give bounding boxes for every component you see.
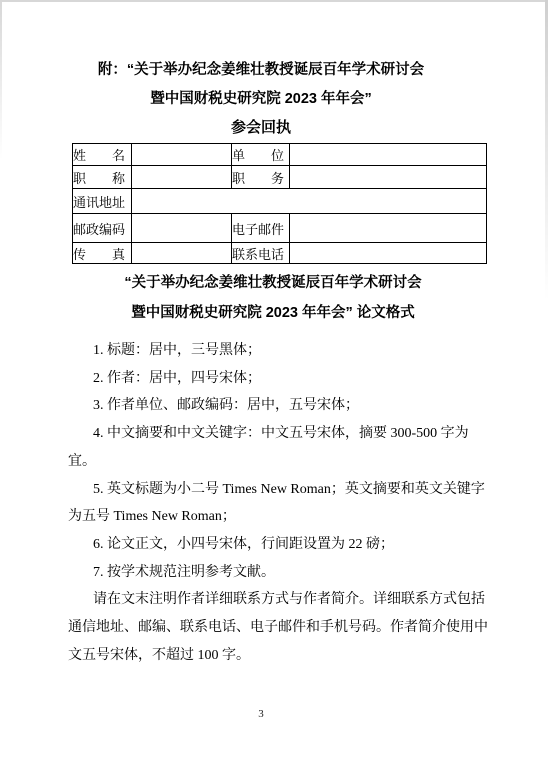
format-item-5-line2: 为五号 Times New Roman； — [68, 503, 456, 531]
name-label-cell: 姓名 — [73, 144, 132, 166]
format-item-3: 3. 作者单位、邮政编码：居中，五号宋体； — [68, 392, 456, 420]
professional-title-label: 职称 — [73, 168, 125, 187]
position-label-cell: 职务 — [232, 166, 290, 189]
professional-title-input-cell[interactable] — [132, 166, 232, 189]
closing-paragraph-line3: 文五号宋体，不超过 100 字。 — [68, 642, 456, 670]
table-row: 邮政编码 电子邮件 — [73, 214, 487, 243]
position-label: 职务 — [232, 168, 284, 187]
page-top-edge — [0, 0, 548, 2]
professional-title-label-cell: 职称 — [73, 166, 132, 189]
reply-form-table: 姓名 单位 职称 职务 通讯地址 邮政编码 电子邮件 — [72, 143, 487, 264]
format-item-4-line2: 宜。 — [68, 448, 456, 476]
paper-format-title-line2: 暨中国财税史研究院 2023 年年会” 论文格式 — [80, 303, 466, 323]
postal-code-label-cell: 邮政编码 — [73, 214, 132, 243]
table-row: 职称 职务 — [73, 166, 487, 189]
format-item-7: 7. 按学术规范注明参考文献。 — [68, 559, 456, 587]
format-item-2: 2. 作者：居中，四号宋体； — [68, 365, 456, 393]
document-page: 附：“关于举办纪念姜维壮教授诞辰百年学术研讨会 暨中国财税史研究院 2023 年… — [0, 0, 548, 779]
attachment-title-line1: 附：“关于举办纪念姜维壮教授诞辰百年学术研讨会 — [68, 60, 454, 80]
postal-code-input-cell[interactable] — [132, 214, 232, 243]
table-row: 通讯地址 — [73, 189, 487, 214]
table-row: 传真 联系电话 — [73, 243, 487, 264]
email-input-cell[interactable] — [290, 214, 487, 243]
mailing-address-input-cell[interactable] — [132, 189, 487, 214]
position-input-cell[interactable] — [290, 166, 487, 189]
paper-format-title-line1: “关于举办纪念姜维壮教授诞辰百年学术研讨会 — [80, 273, 466, 293]
email-label-cell: 电子邮件 — [232, 214, 290, 243]
postal-code-label: 邮政编码 — [73, 219, 125, 238]
closing-paragraph-line2: 通信地址、邮编、联系电话、电子邮件和手机号码。作者简介使用中 — [68, 614, 456, 642]
name-label: 姓名 — [73, 145, 125, 164]
page-left-edge — [0, 0, 2, 160]
email-label: 电子邮件 — [232, 219, 284, 238]
organization-input-cell[interactable] — [290, 144, 487, 166]
organization-label: 单位 — [232, 145, 284, 164]
fax-label-cell: 传真 — [73, 243, 132, 264]
organization-label-cell: 单位 — [232, 144, 290, 166]
closing-paragraph: 请在文末注明作者详细联系方式与作者简介。详细联系方式包括 — [68, 586, 456, 614]
fax-label: 传真 — [73, 244, 125, 263]
phone-input-cell[interactable] — [290, 243, 487, 264]
reply-slip-title: 参会回执 — [68, 118, 454, 138]
attachment-title-line2: 暨中国财税史研究院 2023 年年会” — [68, 89, 454, 109]
phone-label-cell: 联系电话 — [232, 243, 290, 264]
paper-format-body: 1. 标题：居中，三号黑体； 2. 作者：居中，四号宋体； 3. 作者单位、邮政… — [68, 337, 456, 669]
format-item-6: 6. 论文正文，小四号宋体，行间距设置为 22 磅； — [68, 531, 456, 559]
format-item-1: 1. 标题：居中，三号黑体； — [68, 337, 456, 365]
mailing-address-label-cell: 通讯地址 — [73, 189, 132, 214]
name-input-cell[interactable] — [132, 144, 232, 166]
format-item-4: 4. 中文摘要和中文关键字：中文五号宋体，摘要 300-500 字为 — [68, 420, 456, 448]
mailing-address-label: 通讯地址 — [73, 192, 125, 211]
table-row: 姓名 单位 — [73, 144, 487, 166]
format-item-5: 5. 英文标题为小二号 Times New Roman；英文摘要和英文关键字 — [68, 476, 456, 504]
phone-label: 联系电话 — [232, 244, 284, 263]
page-number: 3 — [68, 708, 454, 720]
fax-input-cell[interactable] — [132, 243, 232, 264]
